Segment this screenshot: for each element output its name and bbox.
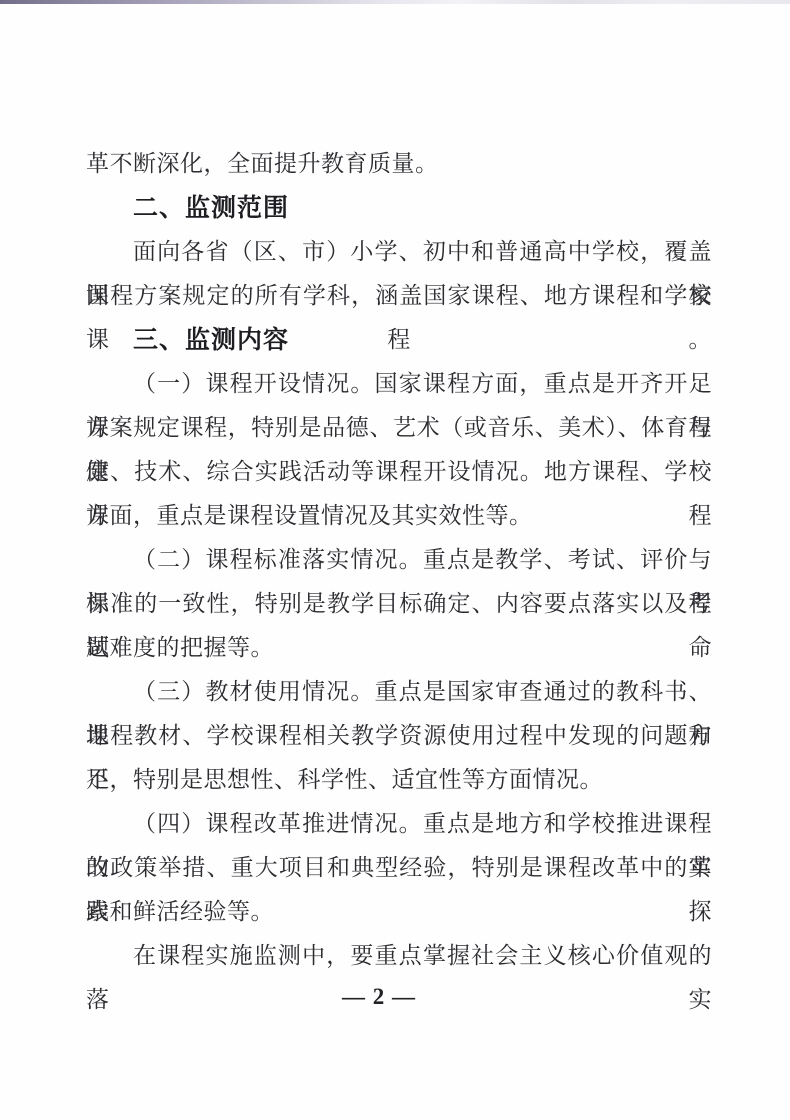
text-line: （二）课程标准落实情况。重点是教学、考试、评价与课程 [86, 538, 712, 582]
document-body: 革不断深化，全面提升教育质量。二、监测范围面向各省（区、市）小学、初中和普通高中… [86, 142, 712, 978]
text-line: （四）课程改革推进情况。重点是地方和学校推进课程改革 [86, 802, 712, 846]
text-line: （一）课程开设情况。国家课程方面，重点是开齐开足课程 [86, 362, 712, 406]
text-line: 在课程实施监测中，要重点掌握社会主义核心价值观的落实 [86, 934, 712, 978]
text-line: 课程方案规定的所有学科，涵盖国家课程、地方课程和学校课程。 [86, 274, 712, 318]
text-line: 康、技术、综合实践活动等课程开设情况。地方课程、学校课程 [86, 450, 712, 494]
text-line: 课程教材、学校课程相关教学资源使用过程中发现的问题和不 [86, 714, 712, 758]
text-line: 标准的一致性，特别是教学目标确定、内容要点落实以及考试命 [86, 582, 712, 626]
document-page: 革不断深化，全面提升教育质量。二、监测范围面向各省（区、市）小学、初中和普通高中… [0, 0, 790, 1120]
text-line: 的政策举措、重大项目和典型经验，特别是课程改革中的实践探 [86, 846, 712, 890]
scan-artifact-top-edge [0, 0, 790, 4]
text-line: 足，特别是思想性、科学性、适宜性等方面情况。 [86, 758, 712, 802]
page-number: — 2 — [0, 984, 758, 1010]
text-line: 方案规定课程，特别是品德、艺术（或音乐、美术）、体育与健 [86, 406, 712, 450]
text-line: 面向各省（区、市）小学、初中和普通高中学校，覆盖国家 [86, 230, 712, 274]
text-line: 革不断深化，全面提升教育质量。 [86, 142, 712, 186]
section-heading: 二、监测范围 [86, 186, 712, 230]
text-line: （三）教材使用情况。重点是国家审查通过的教科书、地方 [86, 670, 712, 714]
